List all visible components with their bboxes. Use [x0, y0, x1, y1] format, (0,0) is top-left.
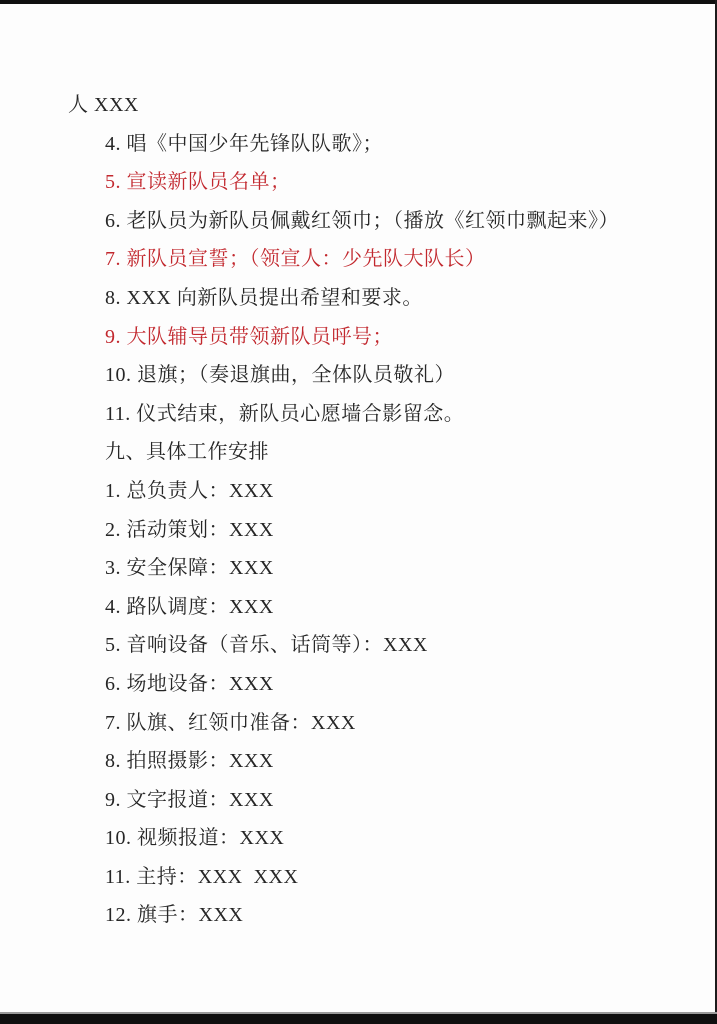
document-line: 1. 总负责人：XXX	[68, 472, 689, 511]
document-line: 11. 主持：XXX XXX	[68, 858, 689, 897]
document-line-red: 5. 宣读新队员名单；	[68, 163, 689, 202]
section-heading: 九、具体工作安排	[68, 433, 689, 472]
document-line: 6. 老队员为新队员佩戴红领巾；（播放《红领巾飘起来》）	[68, 202, 689, 241]
document-line-red: 7. 新队员宣誓；（领宣人：少先队大队长）	[68, 240, 689, 279]
document-line: 7. 队旗、红领巾准备：XXX	[68, 704, 689, 743]
continuation-line: 人 XXX	[68, 86, 689, 125]
document-line: 4. 唱《中国少年先锋队队歌》；	[68, 125, 689, 164]
document-line: 6. 场地设备：XXX	[68, 665, 689, 704]
document-line: 3. 安全保障：XXX	[68, 549, 689, 588]
document-line: 10. 视频报道：XXX	[68, 819, 689, 858]
document-line: 5. 音响设备（音乐、话筒等）：XXX	[68, 626, 689, 665]
document-page: { "page": { "background": "#fdfdfd", "to…	[0, 0, 717, 1024]
document-line: 9. 文字报道：XXX	[68, 781, 689, 820]
bottom-page-border	[0, 1012, 717, 1024]
document-line: 2. 活动策划：XXX	[68, 511, 689, 550]
top-page-border	[0, 0, 717, 4]
document-line: 12. 旗手：XXX	[68, 896, 689, 935]
document-line: 10. 退旗；（奏退旗曲，全体队员敬礼）	[68, 356, 689, 395]
document-line: 11. 仪式结束，新队员心愿墙合影留念。	[68, 395, 689, 434]
document-body: 人 XXX 4. 唱《中国少年先锋队队歌》； 5. 宣读新队员名单； 6. 老队…	[68, 86, 689, 935]
document-line: 8. 拍照摄影：XXX	[68, 742, 689, 781]
document-line: 4. 路队调度：XXX	[68, 588, 689, 627]
document-line: 8. XXX 向新队员提出希望和要求。	[68, 279, 689, 318]
document-line-red: 9. 大队辅导员带领新队员呼号；	[68, 318, 689, 357]
